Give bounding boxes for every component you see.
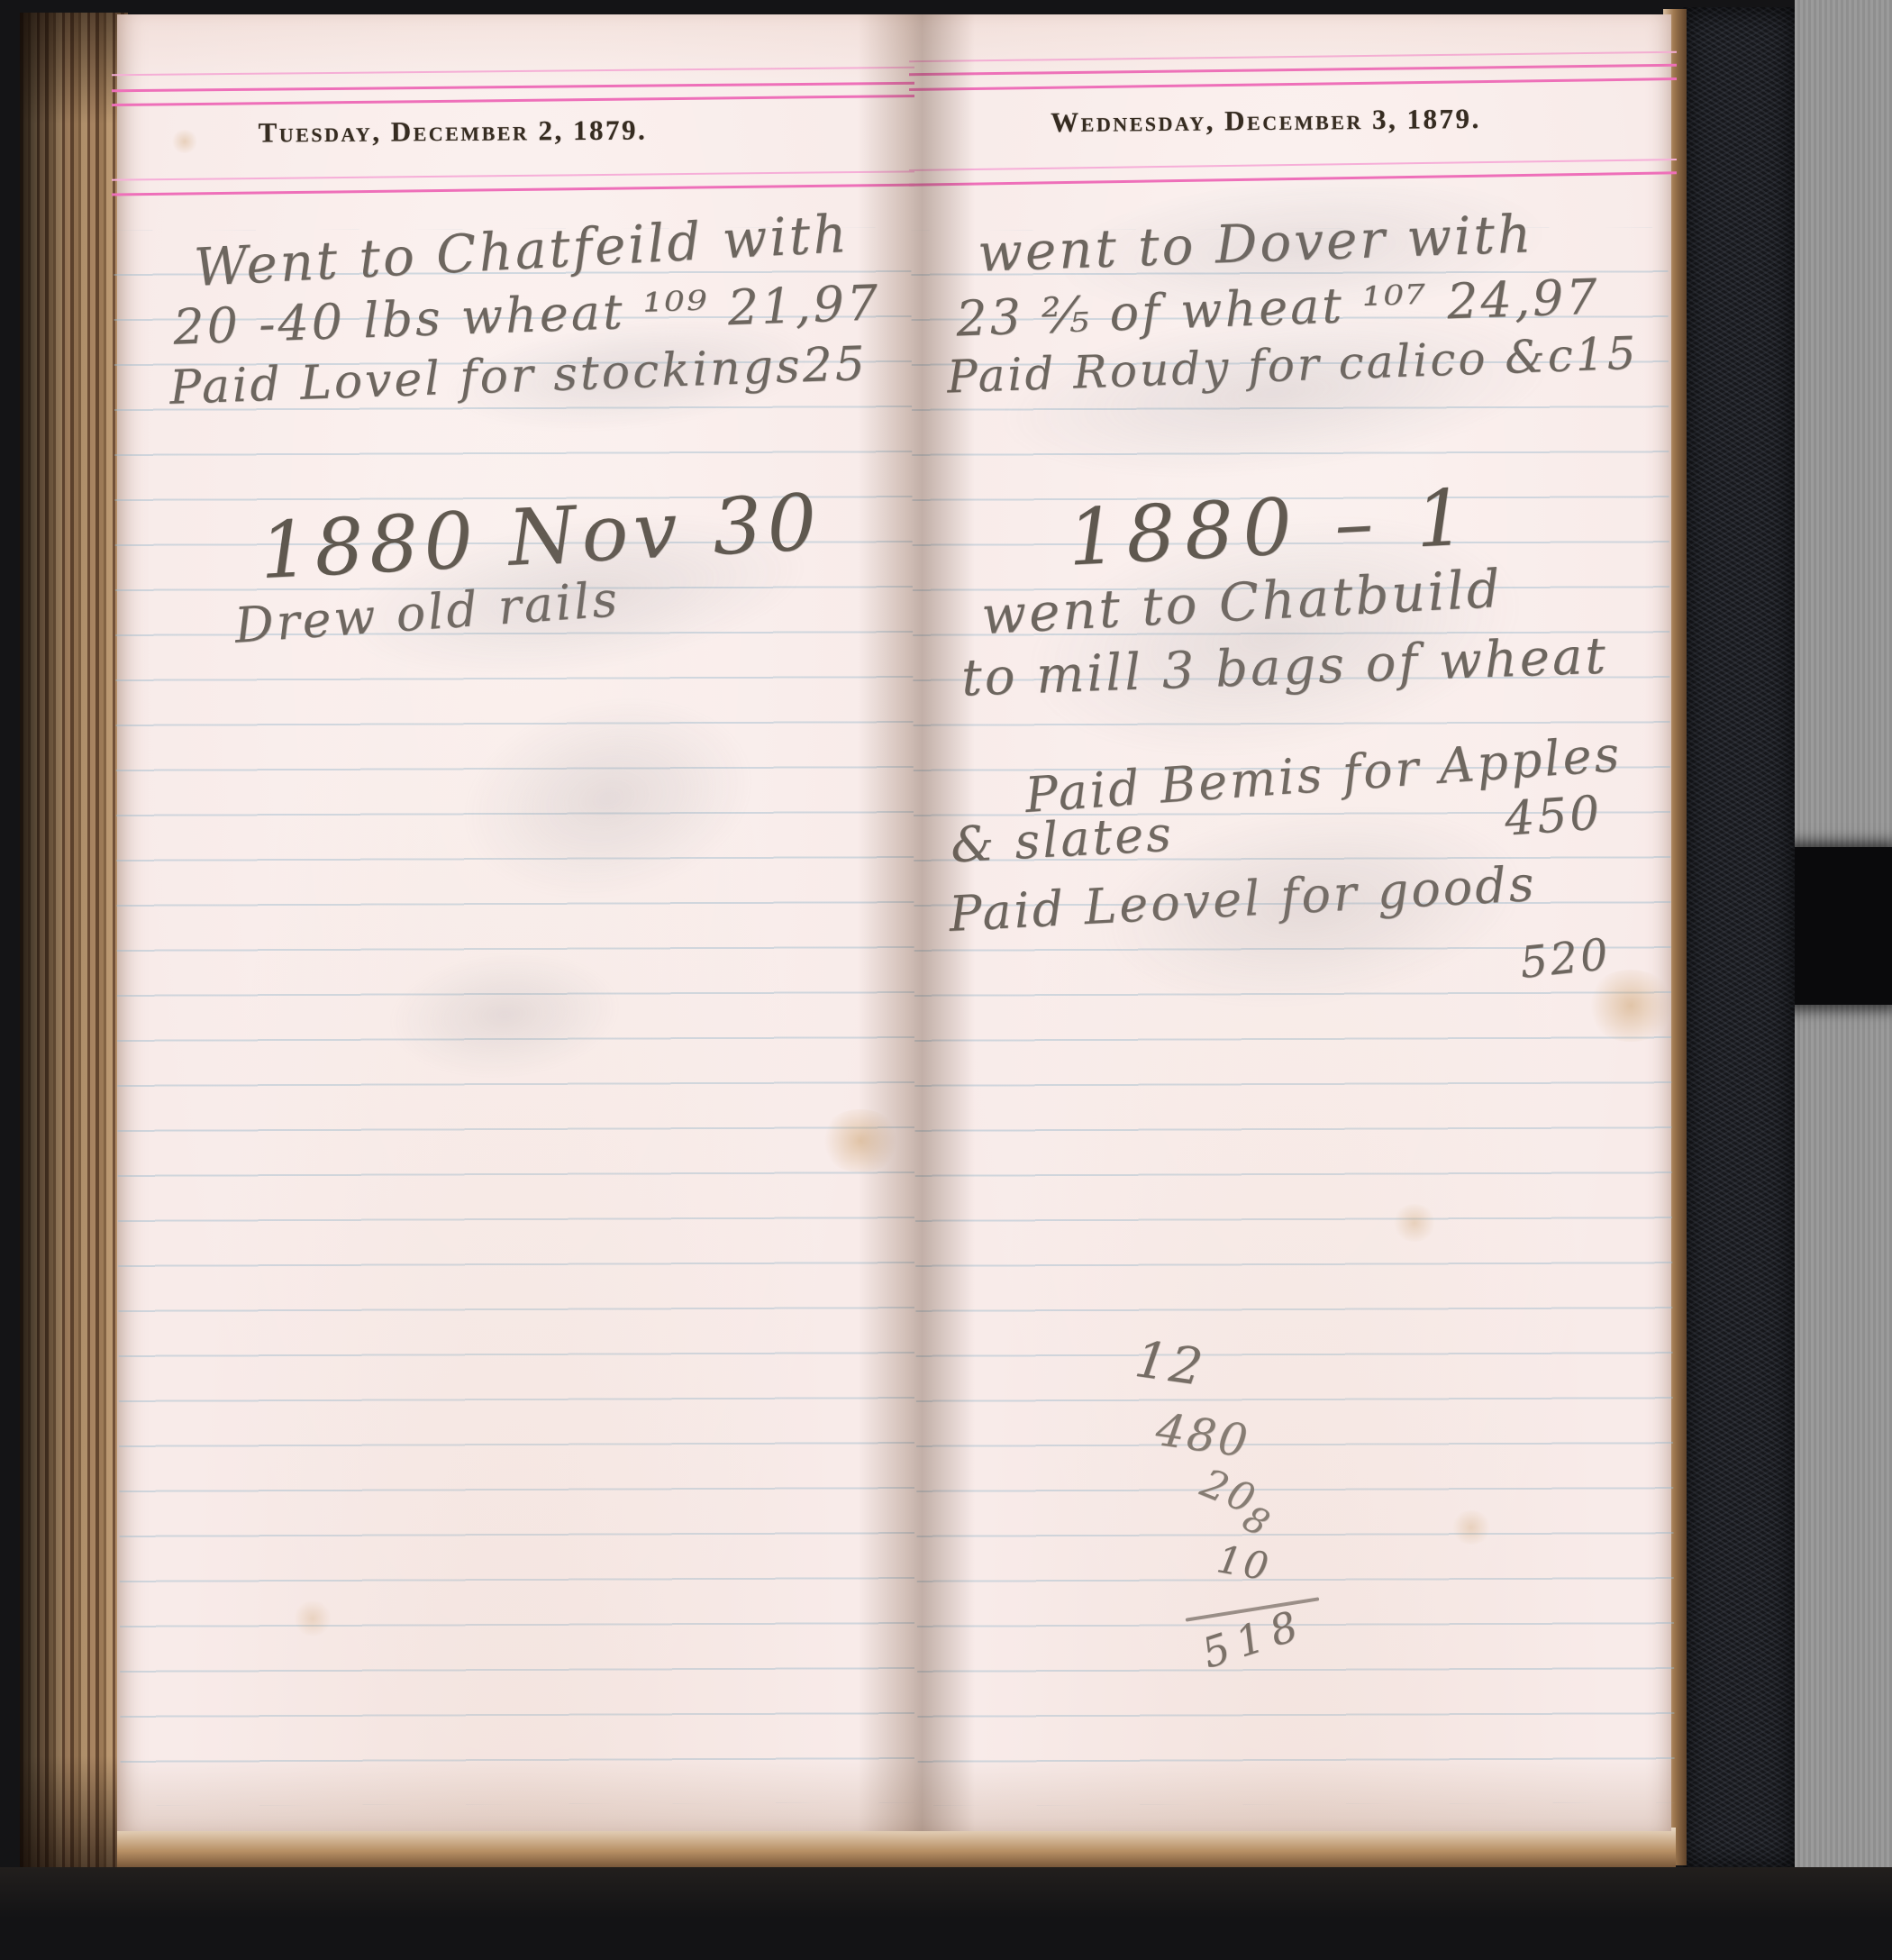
page-date-header: Tuesday, December 2, 1879. xyxy=(54,113,851,150)
scanned-diary-photo: Tuesday, December 2, 1879. Went to Chatf… xyxy=(0,0,1892,1960)
pink-rule-line xyxy=(112,95,920,106)
pink-rule-line xyxy=(112,170,920,180)
handwritten-amount: 15 xyxy=(1575,327,1640,381)
page-bottom-edge xyxy=(117,1828,1676,1871)
handwritten-amount: 450 xyxy=(1503,786,1604,846)
pink-rule-line xyxy=(909,51,1677,62)
pink-rule-line xyxy=(112,184,920,196)
pink-rule-line xyxy=(909,64,1677,76)
handwritten-amount: 520 xyxy=(1517,929,1613,989)
arithmetic-row: 12 xyxy=(1132,1330,1209,1398)
pink-rule-line xyxy=(909,171,1677,186)
pink-rule-line xyxy=(112,82,920,93)
pink-rule-line xyxy=(112,67,920,77)
diary-page-left: Tuesday, December 2, 1879. Went to Chatf… xyxy=(117,14,914,1831)
book-cover xyxy=(1683,7,1795,1869)
pink-rule-line xyxy=(909,77,1677,91)
page-date-header: Wednesday, December 3, 1879. xyxy=(887,101,1644,140)
ruled-lines xyxy=(911,227,1675,1806)
handwritten-amount: 25 xyxy=(802,337,869,393)
page-edge-stack xyxy=(20,13,128,1867)
arithmetic-row: 10 xyxy=(1214,1536,1274,1590)
handwritten-line: & slates xyxy=(950,806,1176,874)
pink-rule-line xyxy=(909,159,1677,171)
diary-page-right: Wednesday, December 3, 1879. went to Dov… xyxy=(914,14,1671,1831)
scan-bottom-shadow xyxy=(0,1867,1892,1960)
ruled-lines xyxy=(114,227,918,1806)
